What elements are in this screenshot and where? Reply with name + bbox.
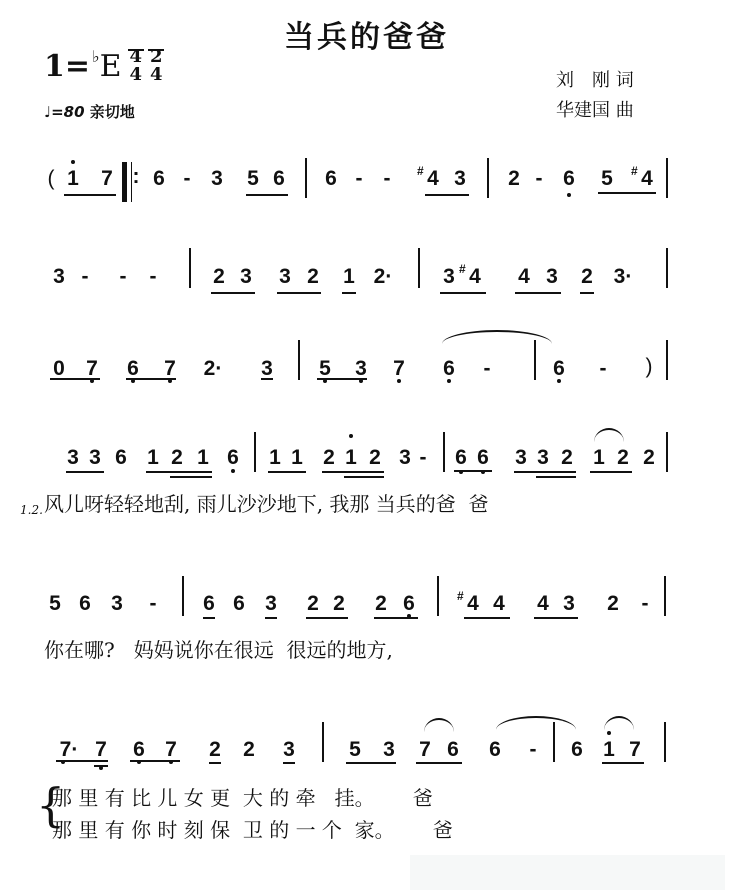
dash: - [530,167,548,191]
underline [598,192,656,194]
note: 3 [534,446,552,470]
note: 2 [366,446,384,470]
slur [604,716,634,730]
double-underline [344,476,384,478]
sharp-icon: # [417,159,424,183]
underline [64,194,116,196]
underline [440,292,486,294]
note: 4 [534,592,552,616]
underline [602,762,644,764]
double-underline [536,476,576,478]
sharp-icon: # [457,584,464,608]
expression-marking: 亲切地 [90,103,135,121]
note: 2 [640,446,658,470]
note: 2 [320,446,338,470]
barline [534,340,536,380]
note: 6 [224,446,242,470]
note: 3 [86,446,104,470]
underline [416,762,462,764]
note: 2 [578,265,596,289]
barline [418,248,420,288]
tempo-marking: ♩=80 亲切地 [44,101,135,122]
barline [487,158,489,198]
note: 5 [244,167,262,191]
note: 2 [558,446,576,470]
note: #4 [464,592,482,616]
note: 7 [98,167,116,191]
note: 1 [340,265,358,289]
note: 2 [604,592,622,616]
note: 1 [600,738,618,762]
dash: - [144,265,162,289]
note: 3 [237,265,255,289]
note: 5 [346,738,364,762]
note: 2 [168,446,186,470]
dotted-note: 7· [56,738,82,762]
dash: - [178,167,196,191]
tempo-value: =80 [51,103,84,121]
underline [265,617,277,619]
barline [666,158,668,198]
time-den: 4 [129,66,142,84]
underline [126,378,176,380]
note: 6 [270,167,288,191]
note: 2 [304,592,322,616]
note: 5 [46,592,64,616]
note: 3 [512,446,530,470]
note: 6 [440,357,458,381]
note: 6 [550,357,568,381]
slur [594,428,624,442]
note: 7 [162,738,180,762]
dash: - [594,357,612,381]
barline [322,722,324,762]
underline [283,762,295,764]
underline [322,471,384,473]
underline [246,194,288,196]
note: 1 [64,167,82,191]
credits: 刘 刚 词 华建国 曲 [556,66,634,126]
note: 3 [543,265,561,289]
note: 7 [92,738,110,762]
note: 3 [276,265,294,289]
underline [464,617,510,619]
note: 6 [130,738,148,762]
barline [666,340,668,380]
note: 6 [76,592,94,616]
lyrics-line-4: 风儿呀轻轻地刮, 雨儿沙沙地下, 我那 当兵的爸 爸 [44,492,489,516]
note: #4 [466,265,484,289]
open-paren: ( [42,167,60,191]
note: 6 [400,592,418,616]
repeat-dots: : [132,165,140,189]
underline [56,760,108,762]
dash: - [114,265,132,289]
dash: - [144,592,162,616]
note: 4 [490,592,508,616]
note: 3 [262,592,280,616]
barline [666,248,668,288]
underline [580,292,594,294]
close-paren: ) [640,355,658,379]
note: 6 [486,738,504,762]
underline [50,378,100,380]
underline [454,470,492,472]
barline [305,158,307,198]
fraction-bar [148,49,164,51]
key-letter: E [100,49,122,84]
underline [261,378,273,380]
dash: - [378,167,396,191]
note: 1 [590,446,608,470]
dotted-note: 2· [370,265,396,289]
note: 7 [390,357,408,381]
note: #4 [638,167,656,191]
barline [664,722,666,762]
note: 2 [614,446,632,470]
dash: - [76,265,94,289]
note: 3 [280,738,298,762]
barline [666,432,668,472]
note: 5 [598,167,616,191]
underline [268,471,306,473]
note: 7 [416,738,434,762]
dash: - [524,738,542,762]
sharp-icon: # [631,159,638,183]
key-equals: = [65,49,90,84]
fraction-bar [128,49,144,51]
barline [182,576,184,616]
note: 6 [444,738,462,762]
underline [534,617,578,619]
time-den: 4 [150,66,163,84]
note: 7 [626,738,644,762]
underline [425,194,469,196]
underline [277,292,321,294]
dotted-note: 3· [610,265,636,289]
note: 6 [112,446,130,470]
underline [306,617,348,619]
note: 2 [372,592,390,616]
time-signature-4-4: 4 4 [129,48,142,84]
note: 3 [440,265,458,289]
dotted-note: 2· [200,357,226,381]
note: 2 [304,265,322,289]
barline [298,340,300,380]
dash: - [478,357,496,381]
barline [553,722,555,762]
note: 3 [560,592,578,616]
key-signature: 1 = ♭ E 4 4 2 4 [44,48,163,84]
lyrics-line-6-verse-2: 那 里 有 你 时 刻 保 卫 的 一 个 家。 爸 [52,818,453,842]
note: 1 [288,446,306,470]
barline [254,432,256,472]
note: #4 [424,167,442,191]
slur [424,718,454,732]
lyrics-line-5: 你在哪? 妈妈说你在很远 很远的地方, [44,638,393,662]
underline [514,471,576,473]
scan-smudge [410,855,725,890]
double-underline [170,476,212,478]
tie [496,716,576,730]
note: 2 [210,265,228,289]
note: 3 [64,446,82,470]
note: 3 [396,446,414,470]
note: 1 [266,446,284,470]
note: 6 [200,592,218,616]
underline [66,471,104,473]
underline [590,471,632,473]
verse-label: 1.2. [20,498,43,522]
barline [664,576,666,616]
note: 3 [380,738,398,762]
note: 2 [240,738,258,762]
underline [130,760,180,762]
repeat-barline [122,162,127,202]
dash: - [636,592,654,616]
note: 6 [568,738,586,762]
underline [346,762,396,764]
note: 2 [330,592,348,616]
sharp-icon: # [459,257,466,281]
underline [209,762,221,764]
underline [515,292,561,294]
note: 3 [108,592,126,616]
note: 3 [451,167,469,191]
note: 3 [208,167,226,191]
lyrics-line-6-verse-1: 那 里 有 比 儿 女 更 大 的 牵 挂。 爸 [52,786,433,810]
dash: - [414,446,432,470]
double-underline [94,765,108,767]
barline [189,248,191,288]
barline [437,576,439,616]
note: 6 [150,167,168,191]
underline [342,292,356,294]
barline [443,432,445,472]
flat-icon: ♭ [92,47,100,66]
note: 1 [194,446,212,470]
underline [203,617,215,619]
underline [317,378,367,380]
lyricist: 刘 刚 词 [556,66,634,96]
note: 1 [342,446,360,470]
dash: - [350,167,368,191]
underline [146,471,212,473]
time-signature-2-4: 2 4 [150,48,163,84]
note: 6 [452,446,470,470]
note: 1 [144,446,162,470]
note: 6 [230,592,248,616]
note: 4 [515,265,533,289]
note: 6 [322,167,340,191]
key-numeral: 1 [44,49,65,84]
note: 2 [505,167,523,191]
underline [374,617,418,619]
underline [211,292,255,294]
note: 2 [206,738,224,762]
note: 6 [474,446,492,470]
note: 3 [50,265,68,289]
note: 6 [560,167,578,191]
composer: 华建国 曲 [556,96,634,126]
